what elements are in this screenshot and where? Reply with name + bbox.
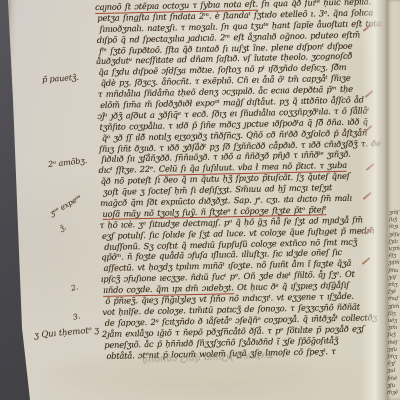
manuscript-page: caȷnoõ ſt ɔtẽpıa octoʒu τ ſybıa nota eſt…	[0, 0, 400, 400]
adjacent-page-text-row: ʒſım̃	[388, 304, 400, 311]
adjacent-page-text-row: ʒm̃ı	[388, 325, 400, 332]
adjacent-page-text-row: m̃ʒẽ	[387, 390, 399, 397]
margin-note: ʒ Quı tḥemotᵒ ʒ	[34, 325, 100, 341]
margin-note: 3.	[72, 311, 81, 321]
text-segment: dıcᵗ ſſtʒe. 22ᵉ.	[98, 164, 158, 175]
margin-note: 2ᵒ amõbʒ.	[48, 156, 88, 169]
adjacent-page-text-row: ʒẽſu	[389, 232, 400, 239]
page-fold-edge	[361, 0, 387, 400]
adjacent-page-text-row: m̃uſ	[388, 296, 400, 303]
margin-note: 2.	[70, 282, 79, 292]
adjacent-page-text-row: ſuʒ̃	[388, 332, 400, 339]
adjacent-page-text-row: ʒıſu	[387, 347, 399, 354]
adjacent-page-text-row: ẽſʒ	[388, 253, 400, 260]
page-left-edge	[0, 0, 18, 400]
adjacent-page-edge: ʒm̃ſſuʒ̃m̃ʒıʒẽſuſʒãıuʒm̃ẽſʒʒıſm̃ſm̃uʒõſı…	[387, 0, 400, 400]
adjacent-page-text-row: uẽʒ	[388, 318, 400, 325]
margin-note: ʒᵘᵉ expeᵒˢ	[48, 193, 83, 218]
margin-note: ʒ̃.	[59, 223, 68, 233]
margin-note: p̃ pauetʒ̃.	[42, 73, 79, 85]
adjacent-page-text-row: ſʒãı	[389, 239, 400, 246]
adjacent-page-text-row: ʒm̃ſ	[389, 210, 400, 217]
adjacent-page-text-row: m̃ẽſ	[388, 340, 400, 347]
adjacent-page-text-row: ʒõſ	[388, 275, 400, 282]
adjacent-page-text-row: ſuʒ̃	[389, 217, 400, 224]
adjacent-page-text-row: ſm̃ẽ	[387, 376, 399, 383]
adjacent-page-text-row: m̃ʒı	[389, 224, 400, 231]
adjacent-page-text: ʒm̃ſſuʒ̃m̃ʒıʒẽſuſʒãıuʒm̃ẽſʒʒıſm̃ſm̃uʒõſı…	[387, 210, 400, 397]
adjacent-page-text-row: ſʒẽ	[388, 289, 400, 296]
photo-background: { "scene": {"kind": "medieval manuscript…	[0, 0, 400, 400]
main-text-block: caȷnoõ ſt ɔtẽpıa octoʒu τ ſybıa nota eſt…	[97, 0, 400, 361]
adjacent-page-text-row: ʒuĩ	[387, 368, 399, 375]
adjacent-page-text-row: ſm̃u	[388, 268, 400, 275]
adjacent-page-text-row: ʒıſm̃	[388, 260, 400, 267]
